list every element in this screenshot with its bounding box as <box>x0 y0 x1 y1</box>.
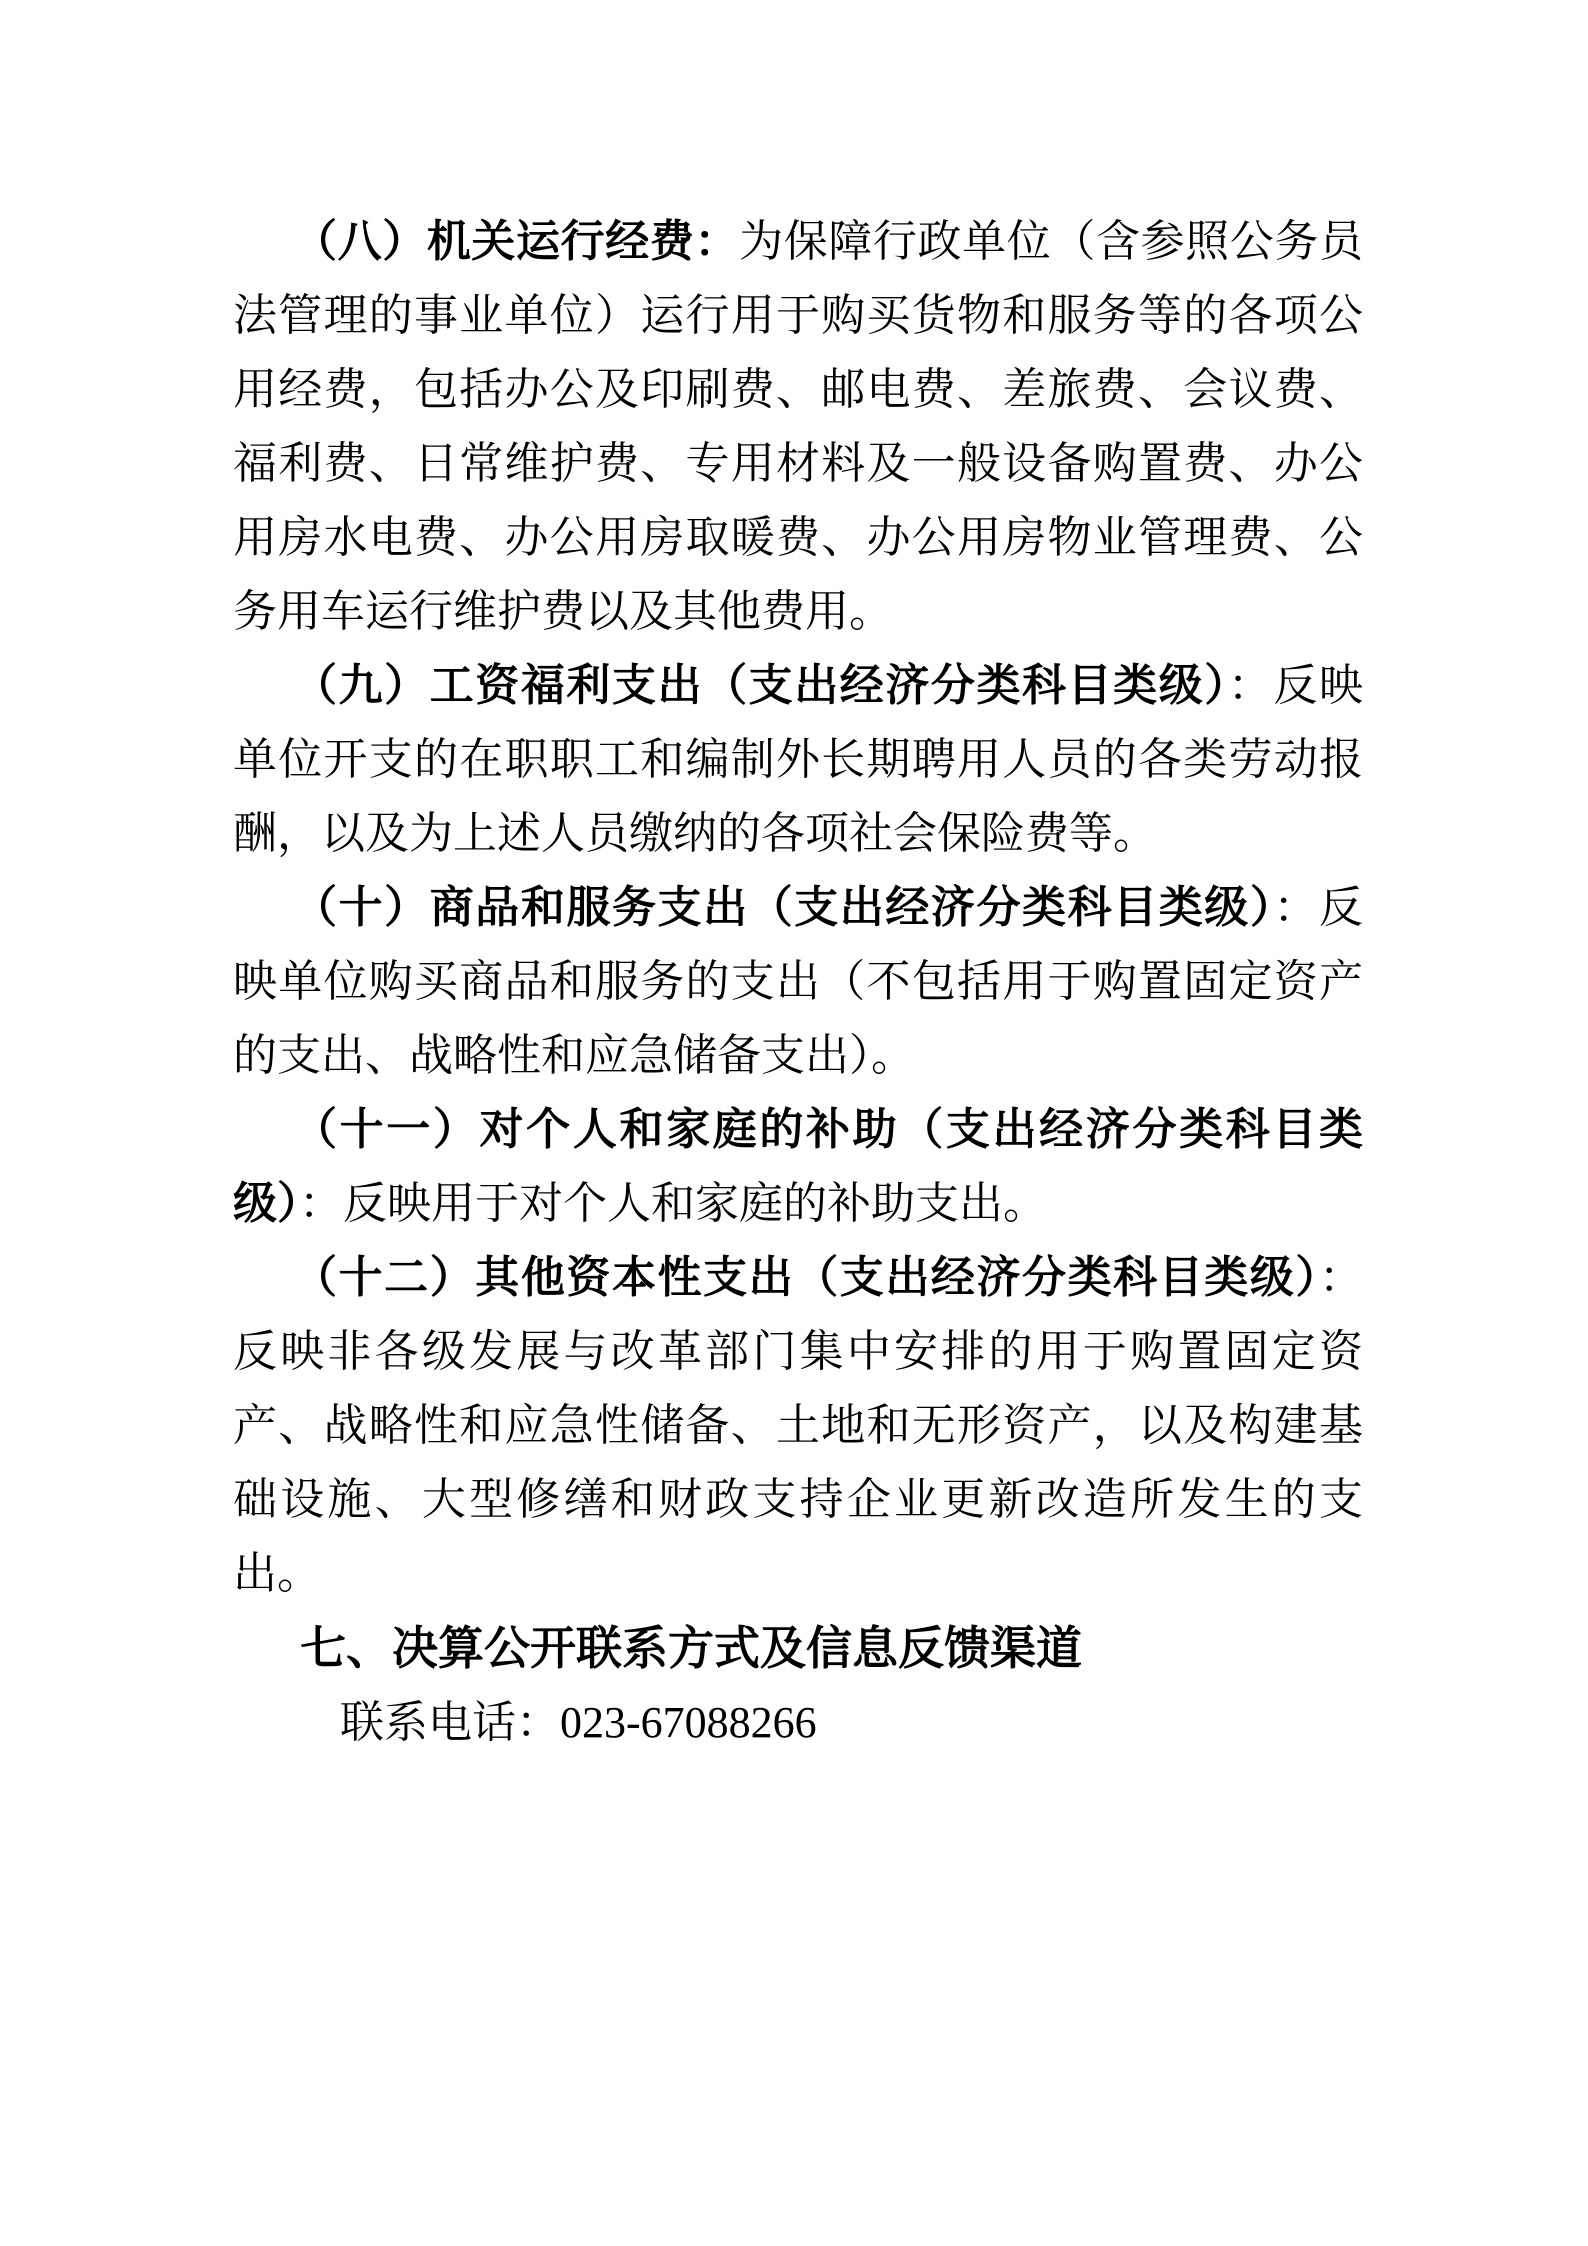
heading-section-seven: 七、决算公开联系方式及信息反馈渠道 <box>233 1611 1363 1686</box>
bold-text-run: （十二）其他资本性支出（支出经济分类科目类级） <box>293 1253 1319 1302</box>
para-10-goods-and-services: （十）商品和服务支出（支出经济分类科目类级）：反映单位购买商品和服务的支出（不包… <box>233 871 1363 1093</box>
para-8-agency-operating-funds: （八）机关运行经费：为保障行政单位（含参照公务员法管理的事业单位）运行用于购买货… <box>233 205 1363 649</box>
para-11-subsidies-individuals-families: （十一）对个人和家庭的补助（支出经济分类科目类级）：反映用于对个人和家庭的补助支… <box>233 1093 1363 1241</box>
contact-phone-label: 联系电话： <box>340 1698 560 1747</box>
bold-text-run: （九）工资福利支出（支出经济分类科目类级） <box>293 661 1228 710</box>
contact-phone-line: 联系电话：023-67088266 <box>233 1686 1363 1760</box>
bold-text-run: 七、决算公开联系方式及信息反馈渠道 <box>300 1622 1082 1674</box>
text-run: ：反映用于对个人和家庭的补助支出。 <box>299 1179 1047 1228</box>
para-12-other-capital-expenditure: （十二）其他资本性支出（支出经济分类科目类级）：反映非各级发展与改革部门集中安排… <box>233 1241 1363 1611</box>
bold-text-run: （八）机关运行经费： <box>293 217 739 266</box>
document-page: （八）机关运行经费：为保障行政单位（含参照公务员法管理的事业单位）运行用于购买货… <box>0 0 1588 2246</box>
bold-text-run: （十）商品和服务支出（支出经济分类科目类级） <box>293 883 1273 932</box>
contact-phone-number: 023-67088266 <box>560 1698 817 1747</box>
text-run: ：反映非各级发展与改革部门集中安排的用于购置固定资产、战略性和应急性储备、土地和… <box>233 1253 1363 1598</box>
text-run: 为保障行政单位（含参照公务员法管理的事业单位）运行用于购买货物和服务等的各项公用… <box>233 217 1363 636</box>
para-9-wages-and-benefits: （九）工资福利支出（支出经济分类科目类级）：反映单位开支的在职职工和编制外长期聘… <box>233 649 1363 871</box>
text-block: （八）机关运行经费：为保障行政单位（含参照公务员法管理的事业单位）运行用于购买货… <box>233 205 1363 1760</box>
